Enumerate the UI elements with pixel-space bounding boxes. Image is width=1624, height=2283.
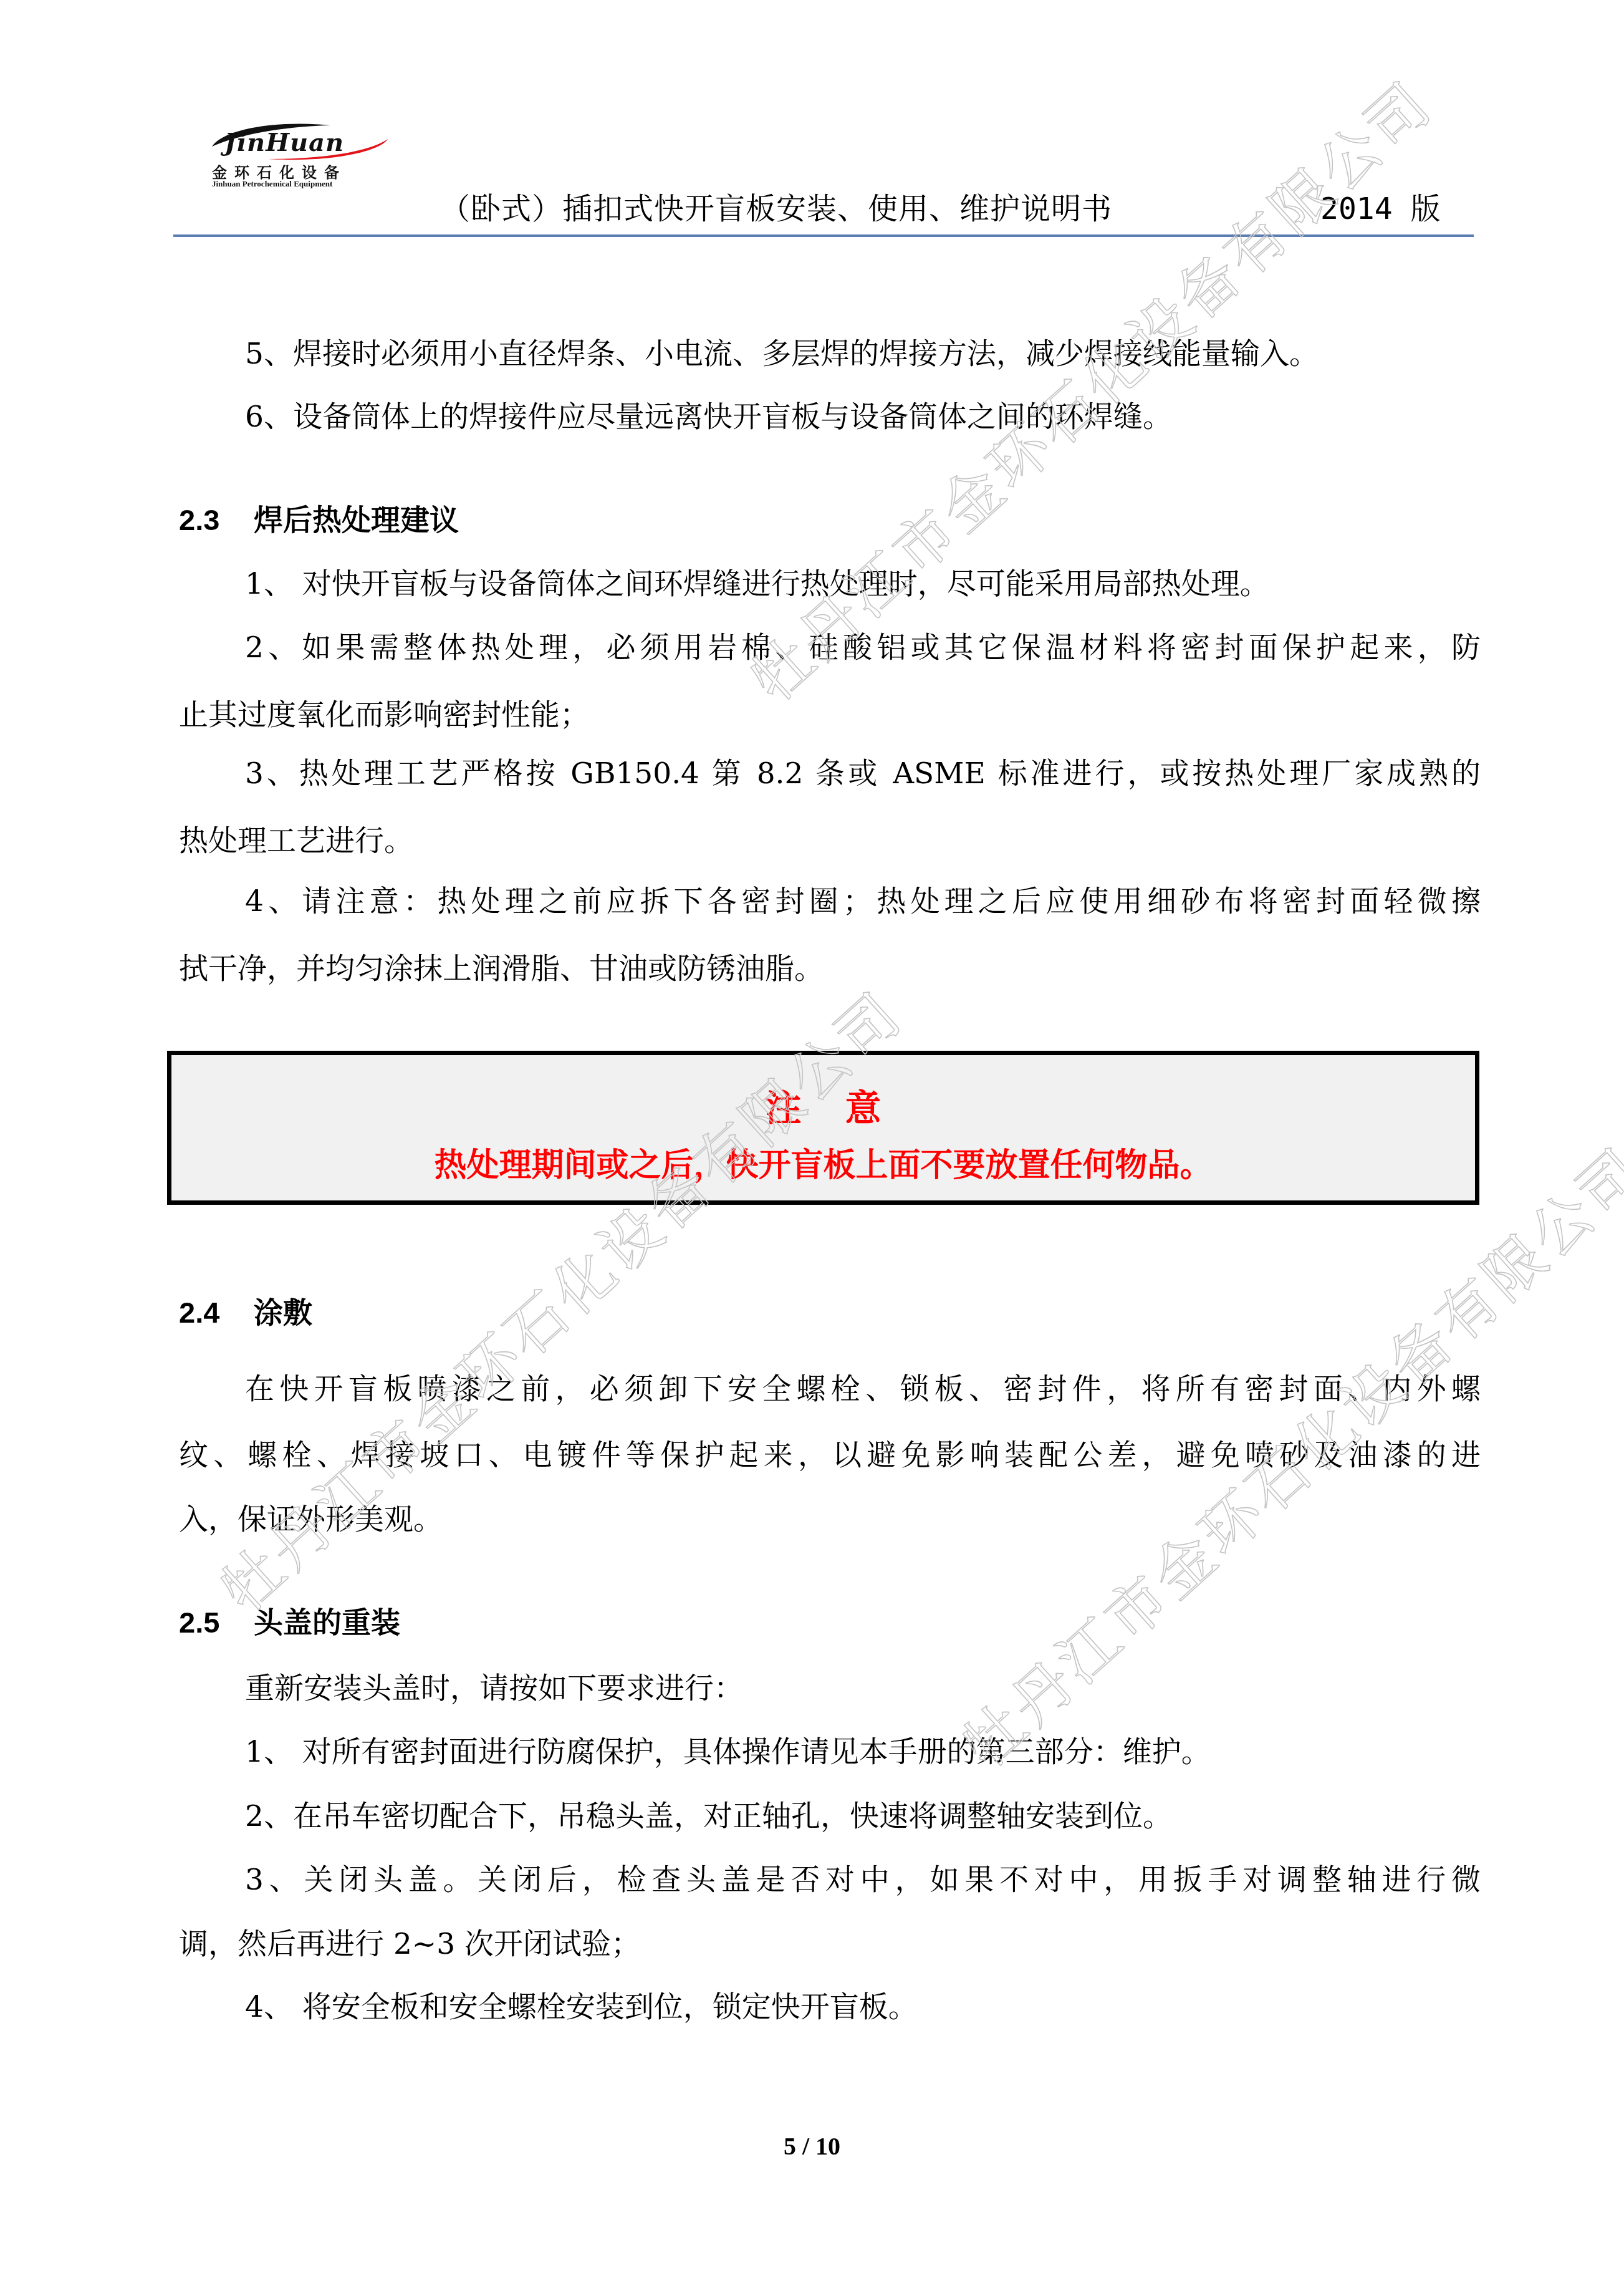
- list-item-6: 6、设备筒体上的焊接件应尽量远离快开盲板与设备筒体之间的环焊缝。: [245, 398, 1172, 436]
- section-title: 头盖的重装: [254, 1606, 400, 1640]
- notice-title: 注意: [171, 1086, 1475, 1130]
- paragraph-line: 3、热处理工艺严格按 GB150.4 第 8.2 条或 ASME 标准进行，或按…: [245, 755, 1481, 793]
- paragraph-line: 重新安装头盖时，请按如下要求进行：: [245, 1670, 743, 1707]
- logo-english-name: Jinhuan Petrochemical Equipment: [212, 179, 332, 189]
- paragraph-line: 热处理工艺进行。: [179, 823, 413, 860]
- paragraph-line: 纹、螺栓、焊接坡口、电镀件等保护起来，以避免影响装配公差，避免喷砂及油漆的进: [179, 1437, 1481, 1474]
- document-edition: 2014 版: [1320, 185, 1441, 228]
- section-title: 涂敷: [254, 1296, 312, 1330]
- paragraph-line: 止其过度氧化而影响密封性能；: [179, 697, 589, 734]
- paragraph-line: 4、请注意：热处理之前应拆下各密封圈；热处理之后应使用细砂布将密封面轻微擦: [245, 883, 1481, 920]
- section-number: 2.5: [179, 1604, 254, 1641]
- section-heading-2-3: 2.3焊后热处理建议: [179, 501, 459, 539]
- watermark-top: 牡丹江市金环石化设备有限公司: [729, 59, 1448, 718]
- section-title: 焊后热处理建议: [254, 503, 459, 538]
- section-heading-2-4: 2.4涂敷: [179, 1294, 312, 1332]
- company-logo: JinHuan 金环石化设备 Jinhuan Petrochemical Equ…: [206, 122, 393, 190]
- section-number: 2.3: [179, 501, 254, 539]
- paragraph-line: 4、 将安全板和安全螺栓安装到位，锁定快开盲板。: [245, 1989, 918, 2026]
- paragraph-line: 在快开盲板喷漆之前，必须卸下安全螺栓、锁板、密封件，将所有密封面、内外螺: [245, 1371, 1481, 1408]
- paragraph-line: 入，保证外形美观。: [179, 1501, 443, 1538]
- document-title: （卧式）插扣式快开盲板安装、使用、维护说明书: [440, 185, 1112, 228]
- paragraph-line: 拭干净，并均匀涂抹上润滑脂、甘油或防锈油脂。: [179, 950, 824, 988]
- header-divider: [173, 234, 1474, 237]
- paragraph-line: 2、如果需整体热处理，必须用岩棉、硅酸铝或其它保温材料将密封面保护起来，防: [245, 629, 1481, 667]
- section-heading-2-5: 2.5头盖的重装: [179, 1604, 400, 1642]
- section-number: 2.4: [179, 1294, 254, 1331]
- logo-script-text: JinHuan: [224, 128, 344, 157]
- paragraph-line: 3、关闭头盖。关闭后，检查头盖是否对中，如果不对中，用扳手对调整轴进行微: [245, 1861, 1481, 1899]
- notice-text: 热处理期间或之后，快开盲板上面不要放置任何物品。: [171, 1146, 1475, 1185]
- paragraph-line: 1、 对快开盲板与设备筒体之间环焊缝进行热处理时，尽可能采用局部热处理。: [245, 566, 1269, 603]
- paragraph-line: 2、在吊车密切配合下，吊稳头盖，对正轴孔，快速将调整轴安装到位。: [245, 1798, 1172, 1835]
- paragraph-line: 1、 对所有密封面进行防腐保护，具体操作请见本手册的第三部分：维护。: [245, 1734, 1211, 1771]
- paragraph-line: 调，然后再进行 2~3 次开闭试验；: [179, 1926, 640, 1963]
- list-item-5: 5、焊接时必须用小直径焊条、小电流、多层焊的焊接方法，减少焊接线能量输入。: [245, 335, 1319, 373]
- page-number: 5 / 10: [0, 2131, 1624, 2161]
- notice-box: 注意 热处理期间或之后，快开盲板上面不要放置任何物品。: [167, 1051, 1479, 1205]
